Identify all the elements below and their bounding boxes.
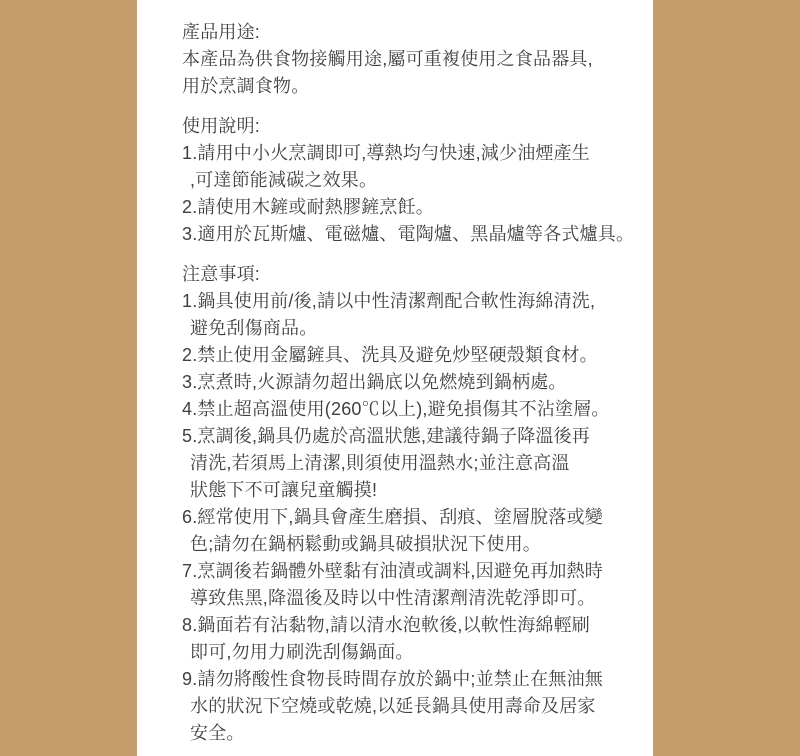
text-line: 9.請勿將酸性食物長時間存放於鍋中;並禁止在無油無 [182, 666, 653, 693]
text-line: ,可達節能減碳之效果。 [182, 167, 653, 194]
section-product-use: 產品用途:本產品為供食物接觸用途,屬可重複使用之食品器具,用於烹調食物。 [182, 19, 653, 100]
text-line: 8.鍋面若有沾黏物,請以清水泡軟後,以軟性海綿輕刷 [182, 612, 653, 639]
text-line: 3.烹煮時,火源請勿超出鍋底以免燃燒到鍋柄處。 [182, 369, 653, 396]
text-line: 即可,勿用力刷洗刮傷鍋面。 [182, 639, 653, 666]
text-line: 2.請使用木鏟或耐熱膠鏟烹飪。 [182, 194, 653, 221]
section-title: 產品用途: [182, 19, 653, 46]
text-line: 避免刮傷商品。 [182, 315, 653, 342]
section-usage-instructions: 使用說明:1.請用中小火烹調即可,導熱均勻快速,減少油煙產生,可達節能減碳之效果… [182, 113, 653, 248]
text-line: 1.請用中小火烹調即可,導熱均勻快速,減少油煙產生 [182, 140, 653, 167]
text-line: 3.適用於瓦斯爐、電磁爐、電陶爐、黑晶爐等各式爐具。 [182, 221, 653, 248]
text-line: 安全。 [182, 720, 653, 747]
text-line: 用於烹調食物。 [182, 73, 653, 100]
text-line: 清洗,若須馬上清潔,則須使用溫熱水;並注意高溫 [182, 450, 653, 477]
section-title: 注意事項: [182, 261, 653, 288]
text-line: 4.禁止超高溫使用(260℃以上),避免損傷其不沾塗層。 [182, 396, 653, 423]
section-title: 使用說明: [182, 113, 653, 140]
text-line: 1.鍋具使用前/後,請以中性清潔劑配合軟性海綿清洗, [182, 288, 653, 315]
text-line: 本產品為供食物接觸用途,屬可重複使用之食品器具, [182, 46, 653, 73]
content-panel: 產品用途:本產品為供食物接觸用途,屬可重複使用之食品器具,用於烹調食物。使用說明… [137, 0, 653, 756]
text-line: 6.經常使用下,鍋具會產生磨損、刮痕、塗層脫落或變 [182, 504, 653, 531]
text-line: 5.烹調後,鍋具仍處於高溫狀態,建議待鍋子降溫後再 [182, 423, 653, 450]
text-line: 7.烹調後若鍋體外壁黏有油漬或調料,因避免再加熱時 [182, 558, 653, 585]
text-line: 2.禁止使用金屬鏟具、洗具及避免炒堅硬殼類食材。 [182, 342, 653, 369]
text-line: 導致焦黑,降溫後及時以中性清潔劑清洗乾淨即可。 [182, 585, 653, 612]
text-line: 狀態下不可讓兒童觸摸! [182, 477, 653, 504]
text-line: 水的狀況下空燒或乾燒,以延長鍋具使用壽命及居家 [182, 693, 653, 720]
text-line: 色;請勿在鍋柄鬆動或鍋具破損狀況下使用。 [182, 531, 653, 558]
section-precautions: 注意事項:1.鍋具使用前/後,請以中性清潔劑配合軟性海綿清洗,避免刮傷商品。2.… [182, 261, 653, 747]
